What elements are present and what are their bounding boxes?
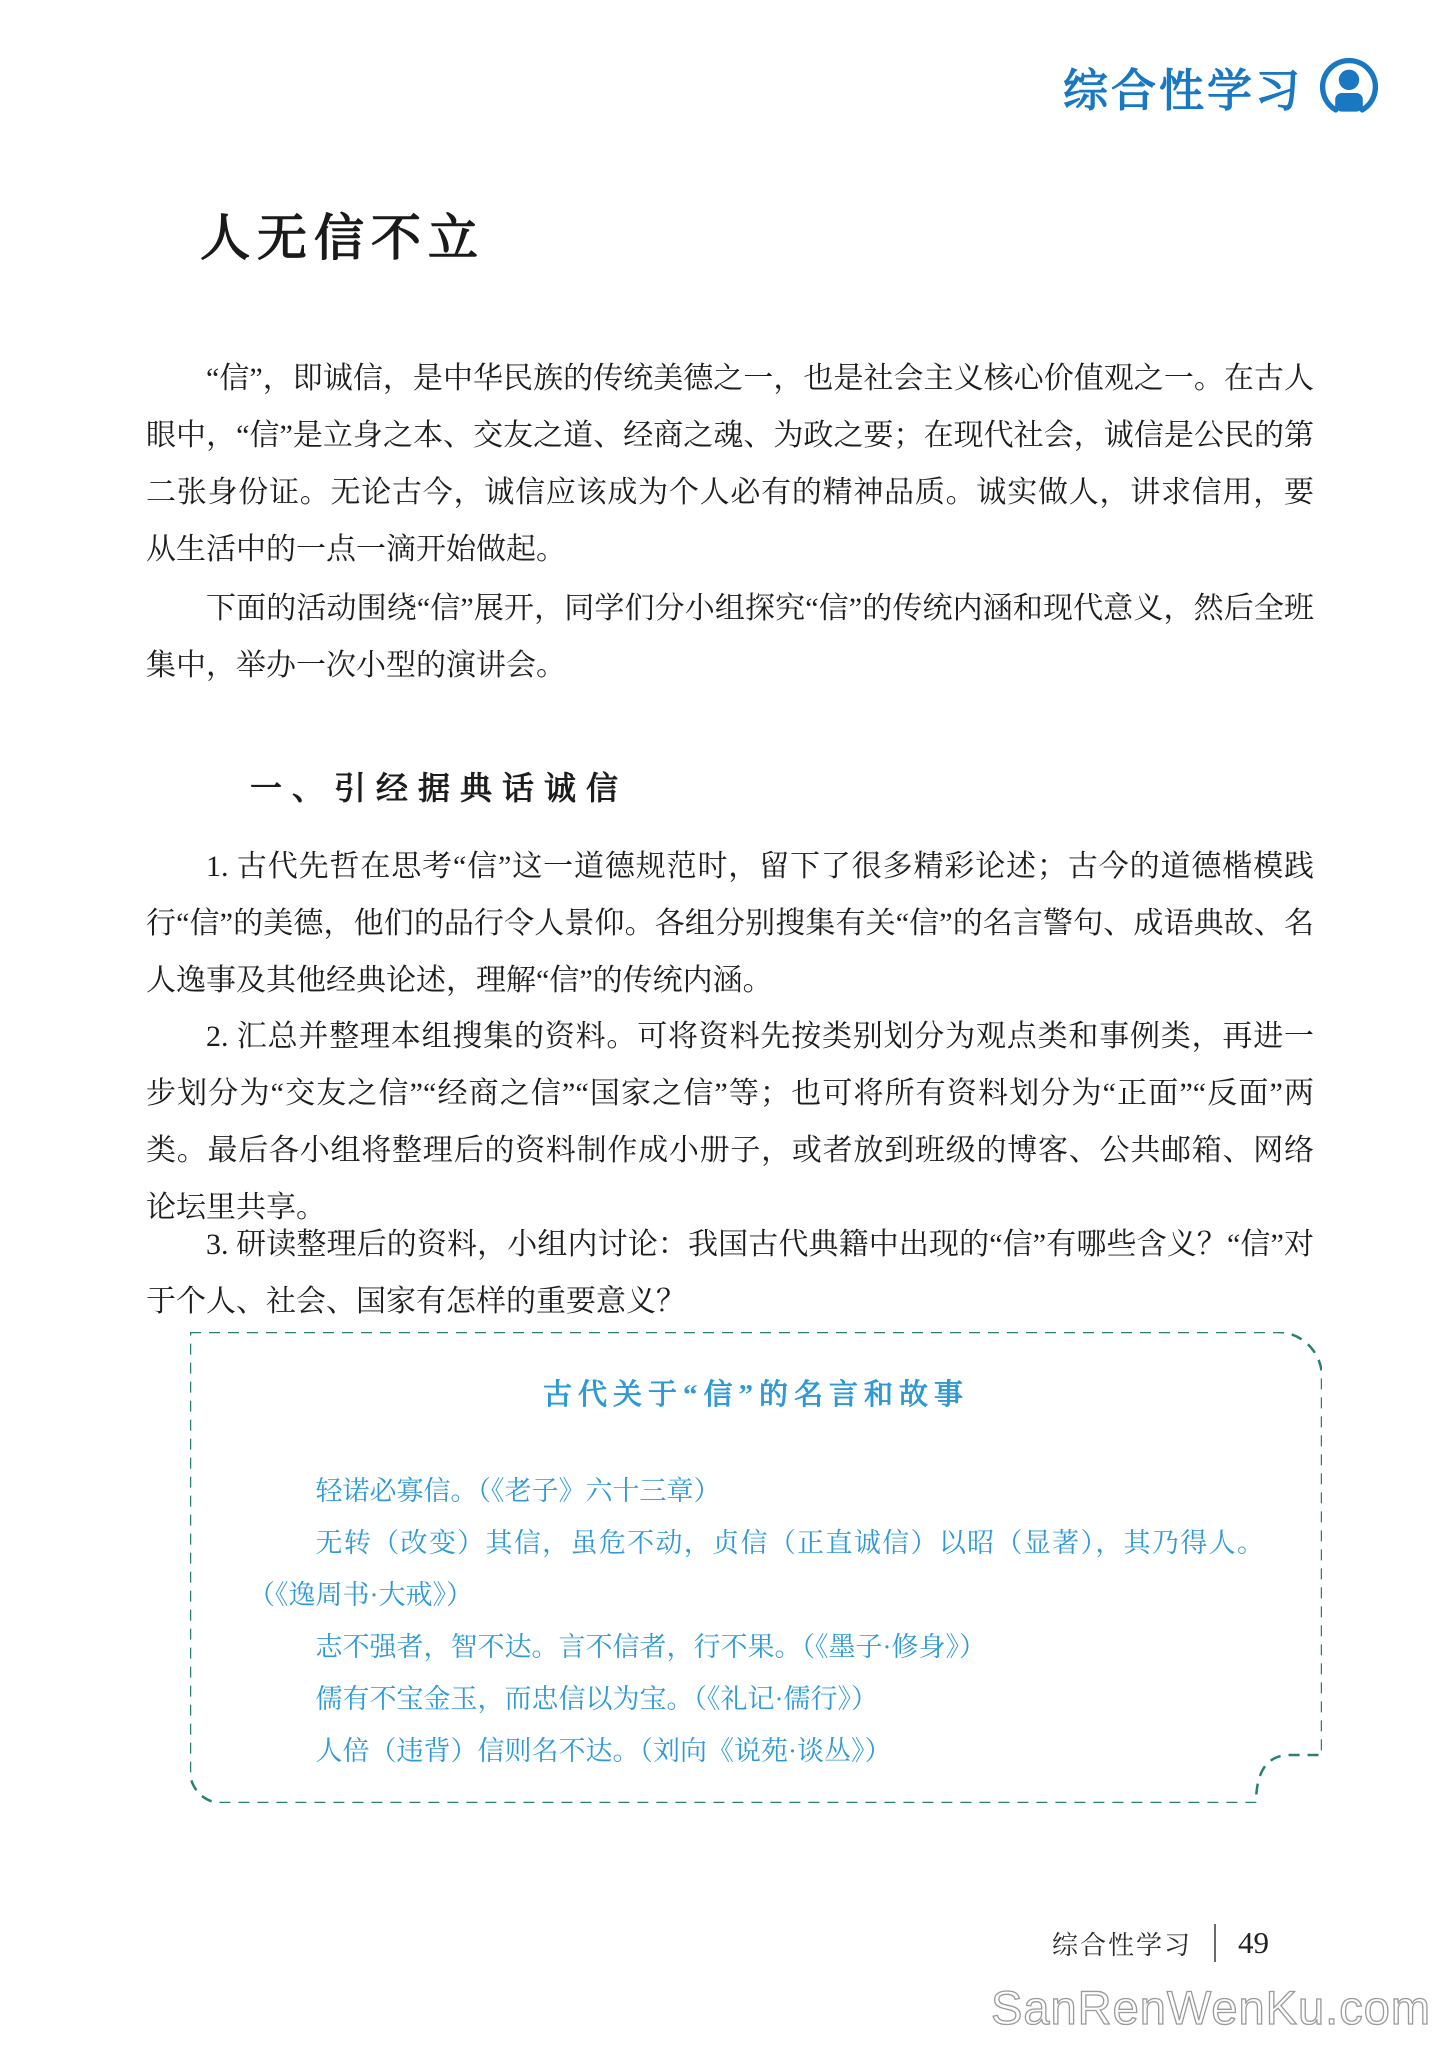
quote-shuoyuan: 人倍（违背）信则名不达。（刘向《说苑·谈丛》） (248, 1725, 1264, 1777)
activity-item-3: 3. 研读整理后的资料，小组内讨论：我国古代典籍中出现的“信”有哪些含义？“信”… (146, 1216, 1314, 1330)
page-title: 人无信不立 (200, 198, 485, 270)
page-footer: 综合性学习 49 (1052, 1924, 1269, 1962)
quote-laozi: 轻诺必寡信。（《老子》六十三章） (248, 1465, 1264, 1517)
intro-paragraph-1: “信”，即诚信，是中华民族的传统美德之一，也是社会主义核心价值观之一。在古人眼中… (146, 350, 1314, 578)
person-icon (1319, 57, 1379, 117)
quote-box-title: 古代关于“信”的名言和故事 (248, 1372, 1264, 1413)
textbook-page: 综合性学习 人无信不立 “信”，即诚信，是中华民族的传统美德之一，也是社会主义核… (0, 0, 1449, 2047)
quote-mozi: 志不强者，智不达。言不信者，行不果。（《墨子·修身》） (248, 1621, 1264, 1673)
header-section-label: 综合性学习 (1063, 54, 1303, 119)
footer-page-number: 49 (1238, 1925, 1269, 1961)
page-header: 综合性学习 (1063, 54, 1379, 119)
quote-box-content: 古代关于“信”的名言和故事 轻诺必寡信。（《老子》六十三章） 无转（改变）其信，… (190, 1332, 1322, 1777)
footer-section-label: 综合性学习 (1052, 1925, 1192, 1962)
activity-item-2: 2. 汇总并整理本组搜集的资料。可将资料先按类别划分为观点类和事例类，再进一步划… (146, 1008, 1314, 1236)
intro-paragraph-2: 下面的活动围绕“信”展开，同学们分小组探究“信”的传统内涵和现代意义，然后全班集… (146, 580, 1314, 694)
watermark: SanRenWenKu.com (991, 1980, 1431, 2035)
section-heading: 一、引经据典话诚信 (250, 763, 628, 809)
quote-box: 古代关于“信”的名言和故事 轻诺必寡信。（《老子》六十三章） 无转（改变）其信，… (190, 1332, 1322, 1803)
footer-divider (1214, 1924, 1216, 1962)
activity-item-1: 1. 古代先哲在思考“信”这一道德规范时，留下了很多精彩论述；古今的道德楷模践行… (146, 838, 1314, 1009)
quote-yizhoushu: 无转（改变）其信，虽危不动，贞信（正直诚信）以昭（显著），其乃得人。（《逸周书·… (248, 1517, 1264, 1621)
quote-liji: 儒有不宝金玉，而忠信以为宝。（《礼记·儒行》） (248, 1673, 1264, 1725)
